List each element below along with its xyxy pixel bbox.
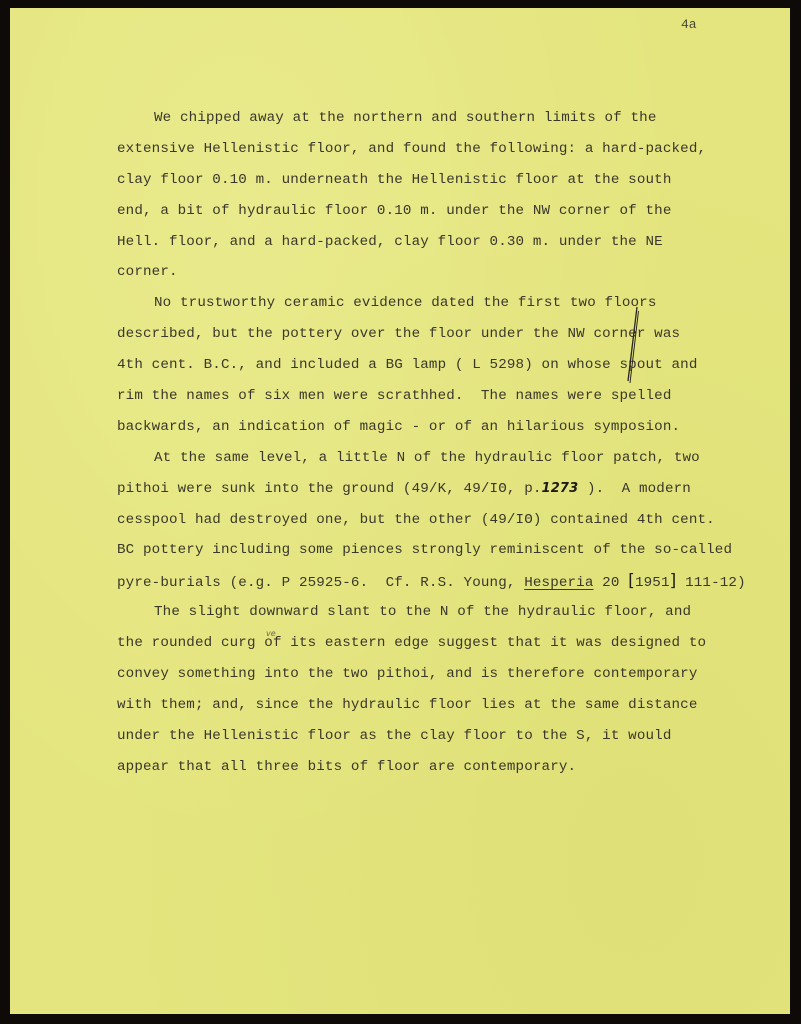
citation-journal: Hesperia <box>524 575 593 591</box>
paragraph-4-line-3: convey something into the two pithoi, an… <box>117 659 801 690</box>
paragraph-3-line-3: cesspool had destroyed one, but the othe… <box>117 505 801 536</box>
handwritten-correction: ve <box>266 629 276 638</box>
paragraph-3-line-4: BC pottery including some piences strong… <box>117 535 801 566</box>
paragraph-3-line-2-text: pithoi were sunk into the ground (49/K, … <box>117 481 542 497</box>
paragraph-3-line-5-text: pyre-burials (e.g. P 25925-6. Cf. R.S. Y… <box>117 575 524 591</box>
paragraph-2-line-3: 4th cent. B.C., and included a BG lamp (… <box>117 350 801 381</box>
paragraph-2-line-2: described, but the pottery over the floo… <box>117 319 801 350</box>
paragraph-3-line-2: pithoi were sunk into the ground (49/K, … <box>117 474 801 505</box>
paragraph-3-line-5: pyre-burials (e.g. P 25925-6. Cf. R.S. Y… <box>117 566 801 597</box>
paragraph-1-line-6: corner. <box>117 257 801 288</box>
paragraph-4-line-6: appear that all three bits of floor are … <box>117 752 801 783</box>
paragraph-4-line-1: The slight downward slant to the N of th… <box>117 597 801 628</box>
page-number: 4a <box>681 17 697 32</box>
paragraph-4-line-2: the rounded curg of its eastern edge sug… <box>117 628 801 659</box>
paragraph-4-line-2-tail: of its eastern edge suggest that it was … <box>256 635 707 651</box>
body-text: We chipped away at the northern and sout… <box>117 103 801 783</box>
handwritten-page-reference: 1273 <box>542 481 579 496</box>
paragraph-1-line-5: Hell. floor, and a hard-packed, clay flo… <box>117 227 801 258</box>
paragraph-2-line-1: No trustworthy ceramic evidence dated th… <box>117 288 801 319</box>
paragraph-2-line-5: backwards, an indication of magic - or o… <box>117 412 801 443</box>
citation-pages: 111-12) <box>676 575 745 591</box>
paragraph-2-line-4: rim the names of six men were scrathhed.… <box>117 381 801 412</box>
paragraph-1-line-3: clay floor 0.10 m. underneath the Hellen… <box>117 165 801 196</box>
paragraph-4-line-2-text: the rounded curg <box>117 635 256 651</box>
paragraph-1-line-4: end, a bit of hydraulic floor 0.10 m. un… <box>117 196 801 227</box>
citation-year: 1951 <box>635 575 670 591</box>
paragraph-4-line-4: with them; and, since the hydraulic floo… <box>117 690 801 721</box>
citation-volume: 20 <box>594 575 629 591</box>
paragraph-1-line-1: We chipped away at the northern and sout… <box>117 103 801 134</box>
typewritten-page: 4a We chipped away at the northern and s… <box>10 8 790 1014</box>
left-bracket-mark: [ <box>628 571 635 591</box>
paragraph-4-line-5: under the Hellenistic floor as the clay … <box>117 721 801 752</box>
paragraph-3-line-2-tail: ). A modern <box>578 481 691 497</box>
paragraph-3-line-1: At the same level, a little N of the hyd… <box>117 443 801 474</box>
handwritten-insert-mark-icon <box>625 305 639 385</box>
paragraph-1-line-2: extensive Hellenistic floor, and found t… <box>117 134 801 165</box>
